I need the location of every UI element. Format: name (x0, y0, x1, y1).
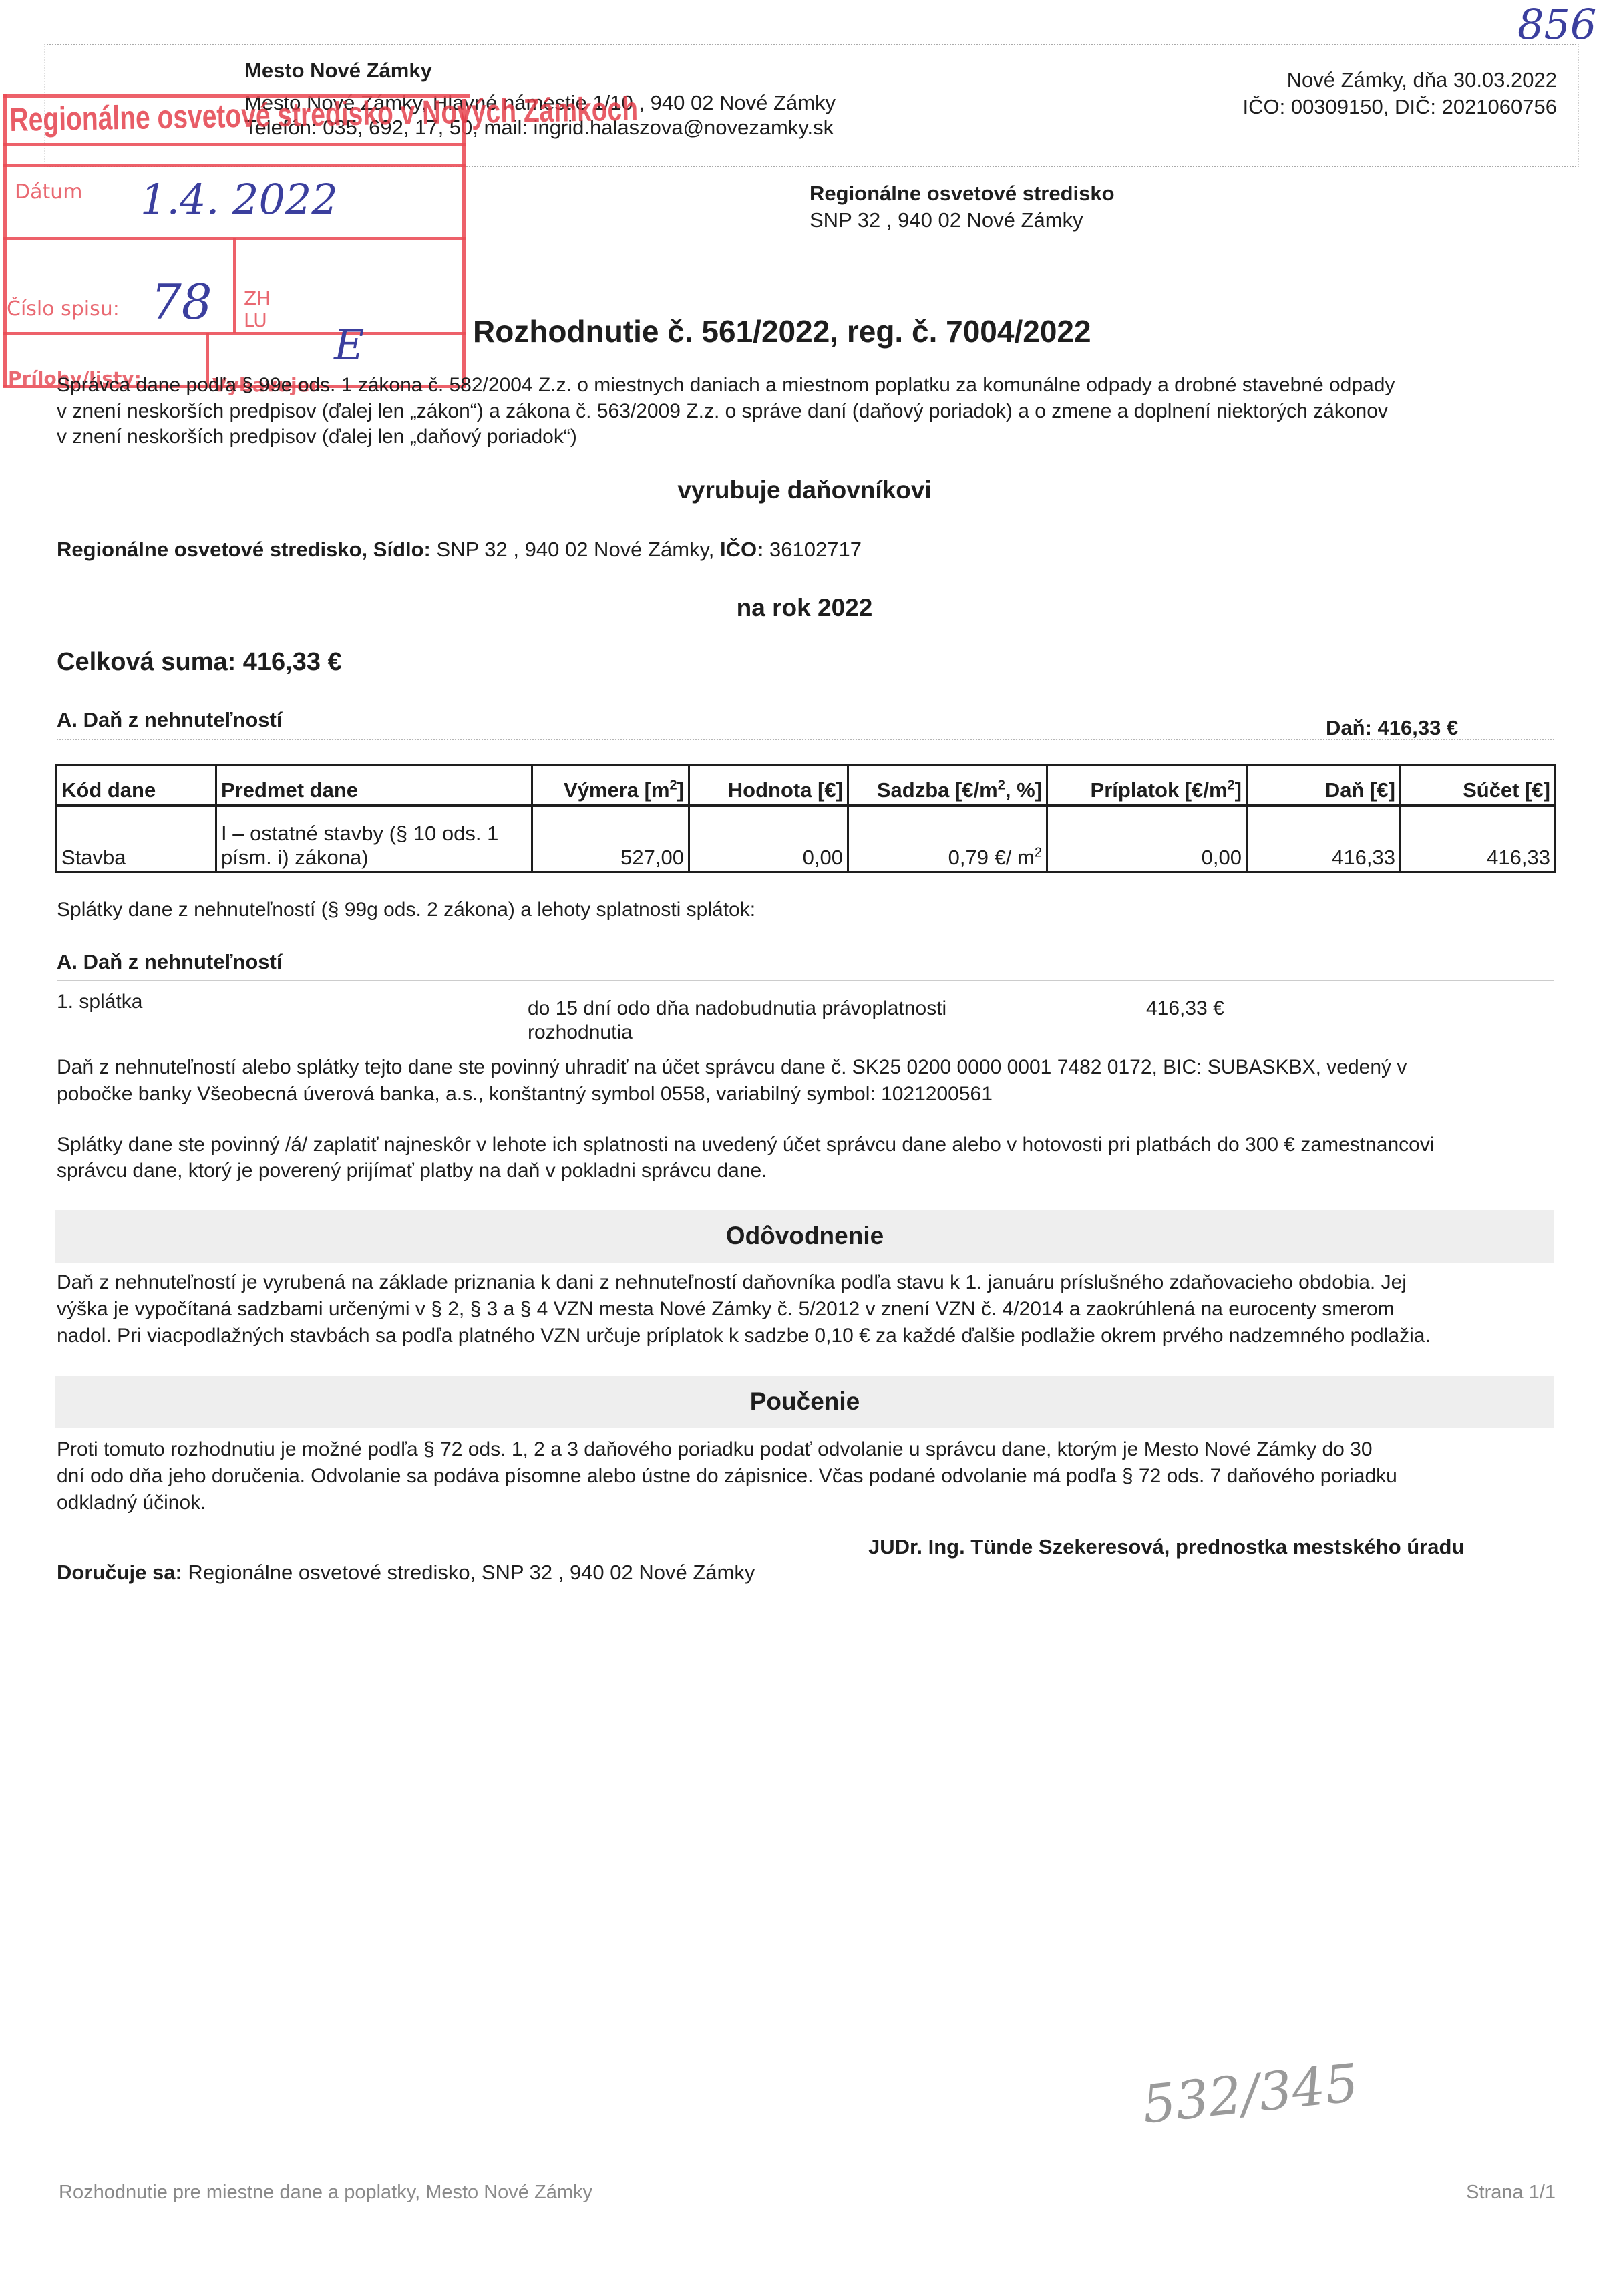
handwritten-reference: 532/345 (1139, 2053, 1361, 2135)
stamp-code-2: LU (244, 309, 267, 331)
instruction-heading-wrap: Poučenie (55, 1387, 1554, 1416)
installment-due-1: do 15 dní odo dňa nadobudnutia právoplat… (528, 995, 946, 1022)
installment-due-2: rozhodnutia (528, 1019, 633, 1046)
installments-intro: Splátky dane z nehnuteľností (§ 99g ods.… (57, 896, 755, 923)
stamp-code-1: ZH (244, 287, 271, 309)
justification-line-3: nadol. Pri viacpodlažných stavbách sa po… (57, 1323, 1554, 1349)
payment-line-4: správcu dane, ktorý je poverený prijímať… (57, 1158, 767, 1184)
stamp-file-label: Číslo spisu: (7, 297, 120, 321)
col-rate: Sadzba [€/m2, %] (848, 766, 1047, 806)
payment-line-2: pobočke banky Všeobecná úverová banka, a… (57, 1081, 993, 1108)
col-value: Hodnota [€] (689, 766, 848, 806)
taxpayer-seat: SNP 32 , 940 02 Nové Zámky, (437, 538, 715, 561)
tax-table: Kód dane Predmet dane Výmera [m2] Hodnot… (55, 764, 1556, 873)
cell-code: Stavba (57, 806, 216, 872)
intro-line-3: v znení neskorších predpisov (ďalej len … (57, 424, 577, 450)
issue-date: Nové Zámky, dňa 30.03.2022 (1287, 67, 1557, 94)
col-tax: Daň [€] (1247, 766, 1401, 806)
footer-page: Strana 1/1 (1466, 2182, 1556, 2204)
payment-line-1: Daň z nehnuteľností alebo splátky tejto … (57, 1054, 1554, 1081)
col-sum: Súčet [€] (1401, 766, 1556, 806)
total-amount: Celková suma: 416,33 € (57, 648, 342, 677)
instruction-line-2: dní odo dňa jeho doručenia. Odvolanie sa… (57, 1463, 1554, 1490)
taxpayer-name: Regionálne osvetové stredisko, (57, 538, 367, 561)
stamp-date-value: 1.4. 2022 (140, 175, 338, 224)
col-code: Kód dane (57, 766, 216, 806)
instruction-heading: Poučenie (750, 1387, 860, 1415)
instruction-line-1: Proti tomuto rozhodnutiu je možné podľa … (57, 1436, 1554, 1463)
stamp-date-label: Dátum (15, 180, 82, 204)
section-a-rule (57, 739, 1554, 740)
intro-line-1: Správca dane podľa § 99e ods. 1 zákona č… (57, 372, 1554, 399)
taxpayer-seat-label: Sídlo: (373, 538, 431, 561)
taxpayer-ico: 36102717 (769, 538, 862, 561)
cell-value: 0,00 (689, 806, 848, 872)
justification-line-1: Daň z nehnuteľností je vyrubená na zákla… (57, 1269, 1554, 1296)
decision-title: Rozhodnutie č. 561/2022, reg. č. 7004/20… (473, 313, 1091, 349)
col-area: Výmera [m2] (532, 766, 689, 806)
signatory: JUDr. Ing. Tünde Szekeresová, prednostka… (868, 1534, 1464, 1561)
cell-rate: 0,79 €/ m2 (848, 806, 1047, 872)
handwritten-page-number: 856 (1517, 0, 1596, 49)
cell-tax: 416,33 (1247, 806, 1401, 872)
instruction-line-3: odkladný účinok. (57, 1490, 206, 1516)
assess-heading: vyrubuje daňovníkovi (677, 476, 931, 504)
recipient-name: Regionálne osvetové stredisko (810, 180, 1115, 207)
cell-area: 527,00 (532, 806, 689, 872)
justification-line-2: výška je vypočítaná sadzbami určenými v … (57, 1296, 1554, 1323)
delivery-label: Doručuje sa: (57, 1561, 182, 1584)
taxpayer-ico-label: IČO: (720, 538, 763, 561)
cell-subject: I – ostatné stavby (§ 10 ods. 1 písm. i)… (216, 806, 532, 872)
table-row: Stavba I – ostatné stavby (§ 10 ods. 1 p… (57, 806, 1556, 872)
payment-line-3: Splátky dane ste povinný /á/ zaplatiť na… (57, 1132, 1554, 1158)
tax-table-header: Kód dane Predmet dane Výmera [m2] Hodnot… (57, 766, 1556, 806)
justification-heading-wrap: Odôvodnenie (55, 1222, 1554, 1250)
installment-amount: 416,33 € (1146, 995, 1224, 1022)
org-ids: IČO: 00309150, DIČ: 2021060756 (1242, 94, 1557, 120)
cell-surcharge: 0,00 (1047, 806, 1247, 872)
installments-section-title: A. Daň z nehnuteľností (57, 949, 282, 975)
stamp-handler-value: E (334, 321, 364, 369)
justification-heading: Odôvodnenie (726, 1222, 884, 1249)
col-surcharge: Príplatok [€/m2] (1047, 766, 1247, 806)
intro-line-2: v znení neskorších predpisov (ďalej len … (57, 398, 1554, 425)
delivery-value: Regionálne osvetové stredisko, SNP 32 , … (188, 1561, 755, 1584)
year-heading-wrap: na rok 2022 (0, 594, 1609, 622)
footer-left: Rozhodnutie pre miestne dane a poplatky,… (59, 2182, 592, 2204)
col-subject: Predmet dane (216, 766, 532, 806)
installment-label: 1. splátka (57, 989, 142, 1015)
recipient-address: SNP 32 , 940 02 Nové Zámky (810, 207, 1083, 234)
year-heading: na rok 2022 (737, 594, 873, 621)
installments-rule (57, 980, 1554, 981)
delivery-line: Doručuje sa: Regionálne osvetové stredis… (57, 1559, 755, 1586)
section-a-title: A. Daň z nehnuteľností (57, 707, 282, 733)
cell-sum: 416,33 (1401, 806, 1556, 872)
stamp-file-value: 78 (151, 274, 212, 330)
assess-heading-wrap: vyrubuje daňovníkovi (0, 476, 1609, 504)
taxpayer-line: Regionálne osvetové stredisko, Sídlo: SN… (57, 536, 862, 563)
org-name: Mesto Nové Zámky (244, 57, 432, 84)
section-a-tax-summary: Daň: 416,33 € (1326, 715, 1458, 742)
